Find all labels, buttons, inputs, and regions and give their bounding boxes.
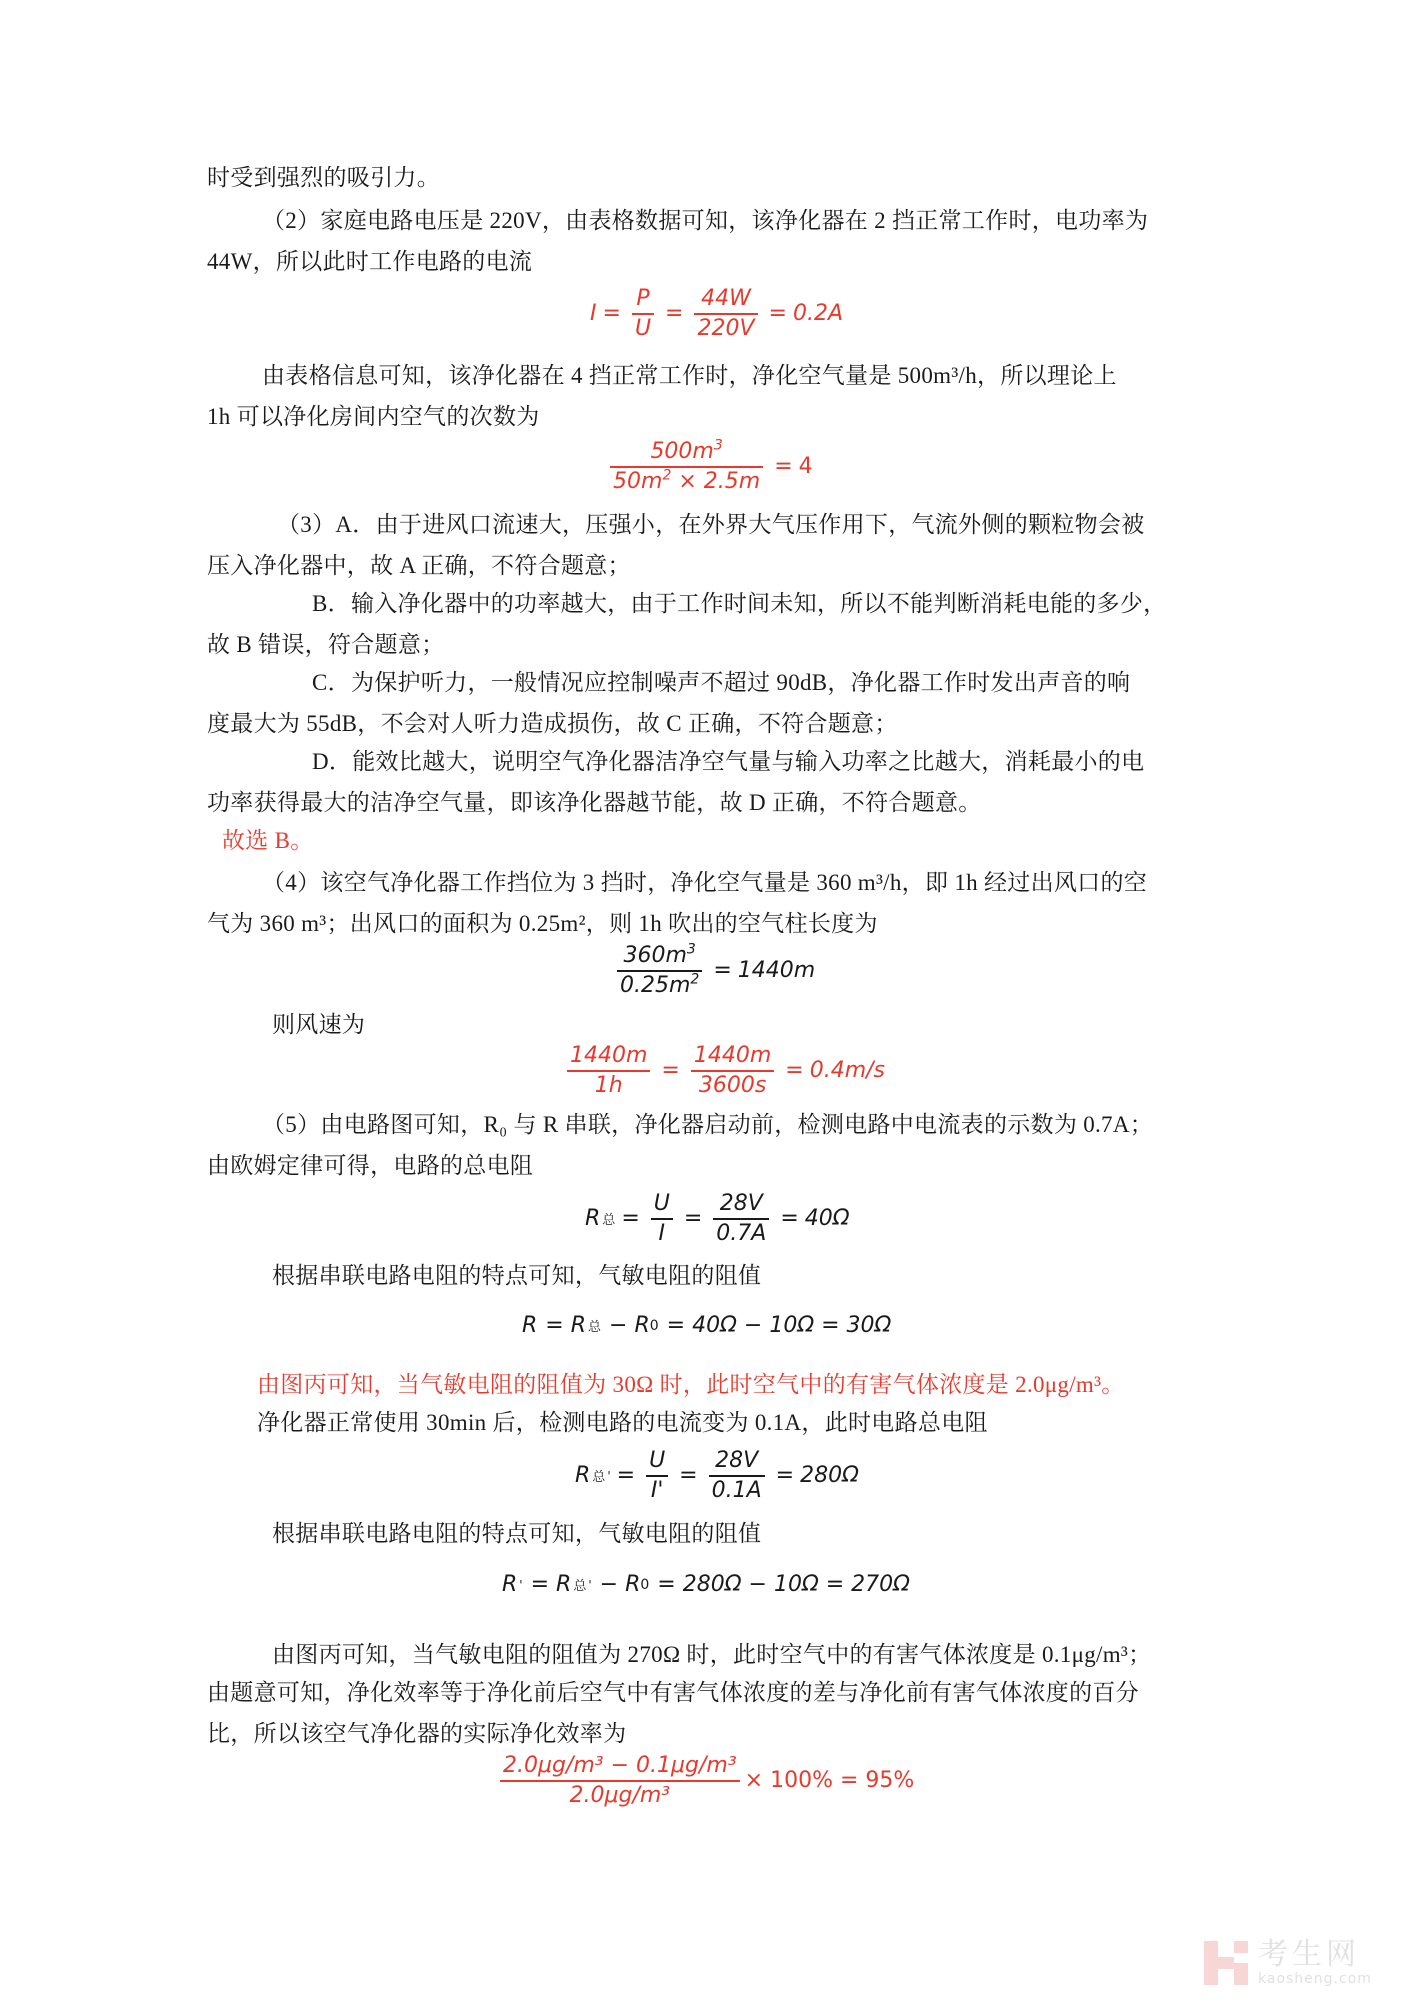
watermark-text: 考生网 kaosheng.com [1258,1940,1372,1986]
text-line: 根据串联电路电阻的特点可知，气敏电阻的阻值 [272,1519,761,1549]
text-line: 44W，所以此时工作电路的电流 [207,247,532,277]
eq-part: − R [600,1572,641,1597]
superscript: 2 [662,467,671,483]
numerator: 1440m [567,1042,650,1070]
eq-part: − R [609,1313,650,1338]
num-text: 360m [624,943,687,968]
text-line: 度最大为 55dB，不会对人听力造成损伤，故 C 正确，不符合题意； [207,709,898,739]
numerator: U [646,1447,668,1475]
prime-mark: ' [519,1578,522,1592]
denominator: 0.25m2 [617,972,702,1000]
eq-result: 0.2A [793,301,843,326]
denominator: 3600s [696,1072,769,1100]
denominator: U [632,315,654,343]
equals-sign: = [774,454,792,479]
watermark: 考生网 kaosheng.com [1204,1928,1404,1998]
subscript: 总 [573,1575,586,1594]
text-line: 故 B 错误，符合题意； [207,630,444,660]
fraction: 28V 0.7A [713,1190,769,1248]
den-text: 0.25m [620,973,690,998]
denominator: 0.1A [709,1477,765,1505]
equals-sign: = [665,301,683,326]
text-line: 净化器正常使用 30min 后，检测电路的电流变为 0.1A，此时电路总电阻 [257,1408,988,1438]
numerator: 2.0μg/m³ − 0.1μg/m³ [500,1752,740,1780]
fraction: 28V 0.1A [709,1447,765,1505]
eq-lhs: R [585,1206,600,1231]
text-line: 由题意可知，净化效率等于净化前后空气中有害气体浓度的差与净化前有害气体浓度的百分 [207,1678,1139,1708]
eq-result: 0.4m/s [810,1058,885,1083]
eq-part: = 280Ω − 10Ω = 270Ω [657,1572,910,1597]
answer-line: 故选 B。 [222,826,314,856]
text-line: D．能效比越大，说明空气净化器洁净空气量与输入功率之比越大，消耗最小的电 [312,747,1144,777]
denominator: 1h [592,1072,626,1100]
fraction: 1440m 3600s [691,1042,774,1100]
numerator: U [651,1190,673,1218]
eq-part: = R [545,1313,586,1338]
prime-mark: ' [607,1469,610,1483]
denominator: 2.0μg/m³ [567,1782,674,1810]
text-line: （3）A．由于进风口流速大，压强小，在外界大气压作用下，气流外侧的颗粒物会被 [277,510,1145,540]
equation-total-resistance-after: R总' = U I' = 28V 0.1A = 280Ω [575,1447,859,1505]
den-text: × 2.5m [678,469,760,494]
denominator: I [656,1220,669,1248]
superscript: 3 [714,438,723,454]
fraction: P U [632,285,654,343]
subscript: 总 [592,1466,605,1485]
equation-gas-resistance: R = R总 − R0 = 40Ω − 10Ω = 30Ω [522,1313,891,1338]
equals-sign: = [713,958,731,983]
text-line: C．为保护听力，一般情况应控制噪声不超过 90dB，净化器工作时发出声音的响 [312,668,1130,698]
text-line: （4）该空气净化器工作挡位为 3 挡时，净化空气量是 360 m³/h，即 1h… [262,868,1147,898]
eq-result: 40Ω [805,1206,850,1231]
text-line: 由表格信息可知，该净化器在 4 挡正常工作时，净化空气量是 500m³/h，所以… [262,361,1117,391]
fraction: 44W 220V [694,285,757,343]
denominator: 220V [694,315,757,343]
equals-sign: = [661,1058,679,1083]
den-text: 50m [613,469,662,494]
subscript: 总 [588,1316,601,1335]
text-line: （2）家庭电路电压是 220V，由表格数据可知，该净化器在 2 挡正常工作时，电… [262,206,1148,236]
fraction: 500m3 50m2 × 2.5m [610,438,763,496]
fraction: 2.0μg/m³ − 0.1μg/m³ 2.0μg/m³ [500,1752,740,1810]
numerator: 1440m [691,1042,774,1070]
subscript: 总 [602,1209,615,1228]
numerator: P [633,285,652,313]
eq-part: R [522,1313,537,1338]
equation-wind-speed: 1440m 1h = 1440m 3600s = 0.4m/s [562,1042,885,1100]
equation-efficiency: 2.0μg/m³ − 0.1μg/m³ 2.0μg/m³ × 100% = 95… [495,1752,914,1810]
eq-lhs: R [575,1463,590,1488]
text-line: B．输入净化器中的功率越大，由于工作时间未知，所以不能判断消耗电能的多少， [312,589,1166,619]
eq-result: × 100% = 95% [745,1768,915,1793]
text-line: 功率获得最大的洁净空气量，即该净化器越节能，故 D 正确，不符合题意。 [207,788,982,818]
eq-result: 4 [799,454,813,479]
text-line: 由图丙可知，当气敏电阻的阻值为 270Ω 时，此时空气中的有害气体浓度是 0.1… [272,1640,1151,1670]
superscript: 2 [690,971,699,987]
prime-mark: ' [588,1578,591,1592]
equation-column-length: 360m3 0.25m2 = 1440m [612,942,815,1000]
document-page: 时受到强烈的吸引力。 （2）家庭电路电压是 220V，由表格数据可知，该净化器在… [0,0,1414,2004]
eq-lhs: I [590,301,597,326]
text-line: 时受到强烈的吸引力。 [207,163,440,193]
equals-sign: = [684,1206,702,1231]
equals-sign: = [785,1058,803,1083]
fraction: U I' [646,1447,668,1505]
numerator: 44W [698,285,754,313]
equals-sign: = [776,1463,794,1488]
equals-sign: = [679,1463,697,1488]
equation-total-resistance: R总 = U I = 28V 0.7A = 40Ω [585,1190,850,1248]
equals-sign: = [769,301,787,326]
text-line: 1h 可以净化房间内空气的次数为 [207,402,540,432]
eq-part: = R [531,1572,572,1597]
numerator: 500m3 [647,438,725,466]
text-line: 则风速为 [272,1010,365,1040]
fraction: U I [651,1190,673,1248]
text-line: （5）由电路图可知，R₀ 与 R 串联，净化器启动前，检测电路中电流表的示数为 … [262,1110,1153,1140]
superscript: 3 [687,942,696,958]
equals-sign: = [621,1206,639,1231]
equals-sign: = [617,1463,635,1488]
watermark-cn: 考生网 [1258,1940,1372,1970]
denominator: 50m2 × 2.5m [610,468,763,496]
eq-result: 280Ω [800,1463,859,1488]
numerator: 360m3 [621,942,699,970]
equation-air-changes: 500m3 50m2 × 2.5m = 4 [605,438,813,496]
kaosheng-logo-icon [1204,1941,1248,1985]
text-line: 由欧姆定律可得，电路的总电阻 [207,1151,533,1181]
text-line: 比，所以该空气净化器的实际净化效率为 [207,1719,626,1749]
equation-gas-resistance-after: R' = R总' − R0 = 280Ω − 10Ω = 270Ω [502,1572,910,1597]
text-line: 气为 360 m³；出风口的面积为 0.25m²，则 1h 吹出的空气柱长度为 [207,909,878,939]
equation-current: I = P U = 44W 220V = 0.2A [590,285,843,343]
eq-result: 1440m [738,958,815,983]
text-line: 压入净化器中，故 A 正确，不符合题意； [207,551,631,581]
text-line: 根据串联电路电阻的特点可知，气敏电阻的阻值 [272,1261,761,1291]
denominator: I' [648,1477,667,1505]
equals-sign: = [603,301,621,326]
numerator: 28V [717,1190,766,1218]
denominator: 0.7A [713,1220,769,1248]
watermark-en: kaosheng.com [1258,1972,1372,1986]
eq-part: R [502,1572,517,1597]
fraction: 360m3 0.25m2 [617,942,702,1000]
num-text: 500m [650,439,713,464]
equals-sign: = [780,1206,798,1231]
numerator: 28V [712,1447,761,1475]
eq-part: = 40Ω − 10Ω = 30Ω [667,1313,892,1338]
highlight-line: 由图丙可知，当气敏电阻的阻值为 30Ω 时，此时空气中的有害气体浓度是 2.0μ… [257,1370,1125,1400]
fraction: 1440m 1h [567,1042,650,1100]
